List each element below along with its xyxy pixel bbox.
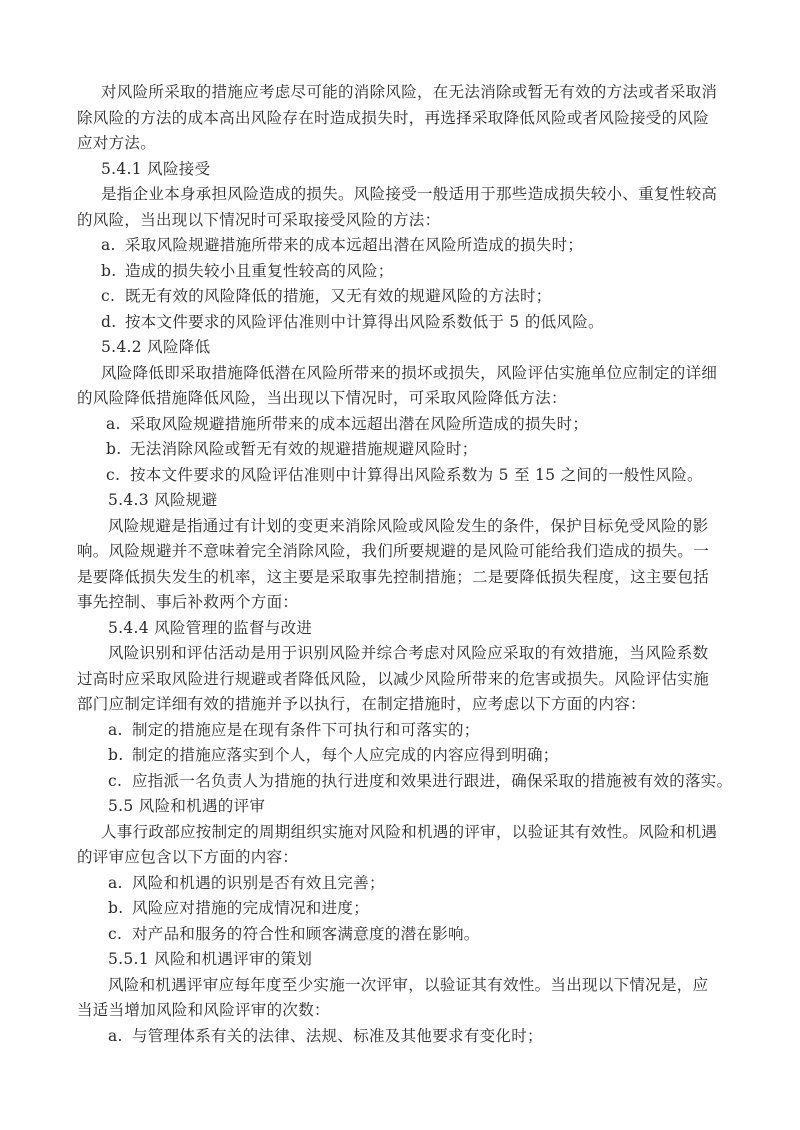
line-text: 既无有效的风险降低的措施，又无有效的规避风险的方法时； — [125, 287, 552, 305]
line-text: 风险降低即采取措施降低潜在风险所带来的损坏或损失，风险评估实施单位应制定的详细 — [101, 364, 717, 382]
line-text: 制定的措施应落实到个人，每个人应完成的内容应得到明确； — [132, 746, 559, 764]
list-item: a.风险和机遇的识别是否有效且完善； — [108, 873, 385, 893]
list-item-label: b. — [108, 745, 132, 765]
paragraph-line: 除风险的方法的成本高出风险存在时造成损失时，再选择采取降低风险或者风险接受的风险 — [77, 108, 709, 128]
line-text: 人事行政部应按制定的周期组织实施对风险和机遇的评审，以验证其有效性。风险和机遇 — [101, 823, 717, 841]
paragraph-line: 的风险，当出现以下情况时可采取接受风险的方法： — [77, 210, 440, 230]
paragraph-line: 风险和机遇评审应每年度至少实施一次评审，以验证其有效性。当出现以下情况是，应 — [108, 975, 708, 995]
list-item-label: c. — [108, 924, 132, 944]
list-item-label: c. — [106, 465, 130, 485]
line-text: 造成的损失较小且重复性较高的风险； — [125, 262, 394, 280]
paragraph-line: 事先控制、事后补救两个方面： — [77, 592, 298, 612]
line-text: 制定的措施应是在现有条件下可执行和可落实的； — [132, 721, 480, 739]
line-text: 风险和机遇的识别是否有效且完善； — [132, 874, 385, 892]
list-item-label: b. — [106, 439, 130, 459]
line-text: 5.4.2 风险降低 — [101, 338, 210, 356]
list-item: a.与管理体系有关的法律、法规、标准及其他要求有变化时； — [108, 1026, 543, 1046]
line-text: 风险识别和评估活动是用于识别风险并综合考虑对风险应采取的有效措施，当风险系数 — [108, 644, 708, 662]
paragraph-line: 风险规避是指通过有计划的变更来消除风险或风险发生的条件，保护目标免受风险的影 — [108, 516, 708, 536]
list-item-label: a. — [108, 873, 132, 893]
line-text: 对产品和服务的符合性和顾客满意度的潜在影响。 — [132, 925, 480, 943]
line-text: 的风险降低措施降低风险，当出现以下情况时，可采取风险降低方法： — [77, 389, 567, 407]
line-text: 5.4.4 风险管理的监督与改进 — [108, 619, 312, 637]
line-text: 的评审应包含以下方面的内容： — [77, 848, 298, 866]
list-item: c.对产品和服务的符合性和顾客满意度的潜在影响。 — [108, 924, 480, 944]
paragraph-line: 响。风险规避并不意味着完全消除风险，我们所要规避的是风险可能给我们造成的损失。一 — [77, 541, 709, 561]
line-text: 风险应对措施的完成情况和进度； — [132, 899, 369, 917]
list-item: b.无法消除风险或暂无有效的规避措施规避风险时； — [106, 439, 478, 459]
paragraph-line: 是要降低损失发生的机率，这主要是采取事先控制措施；二是要降低损失程度，这主要包括 — [77, 567, 709, 587]
line-text: 采取风险规避措施所带来的成本远超出潜在风险所造成的损失时； — [130, 415, 588, 433]
line-text: 的风险，当出现以下情况时可采取接受风险的方法： — [77, 211, 440, 229]
list-item-label: b. — [108, 898, 132, 918]
line-text: 按本文件要求的风险评估准则中计算得出风险系数低于 5 的低风险。 — [125, 313, 604, 331]
list-item-label: c. — [108, 771, 132, 791]
list-item: c.既无有效的风险降低的措施，又无有效的规避风险的方法时； — [101, 286, 552, 306]
paragraph-line: 风险降低即采取措施降低潜在风险所带来的损坏或损失，风险评估实施单位应制定的详细 — [101, 363, 717, 383]
list-item: b.造成的损失较小且重复性较高的风险； — [101, 261, 394, 281]
paragraph-line: 过高时应采取风险进行规避或者降低风险，以减少风险所带来的危害或损失。风险评估实施 — [77, 669, 709, 689]
line-text: 过高时应采取风险进行规避或者降低风险，以减少风险所带来的危害或损失。风险评估实施 — [77, 670, 709, 688]
line-text: 5.5.1 风险和机遇评审的策划 — [108, 950, 312, 968]
paragraph-line: 风险识别和评估活动是用于识别风险并综合考虑对风险应采取的有效措施，当风险系数 — [108, 643, 708, 663]
paragraph-line: 部门应制定详细有效的措施并予以执行，在制定措施时，应考虑以下方面的内容： — [77, 694, 646, 714]
line-text: 采取风险规避措施所带来的成本远超出潜在风险所造成的损失时； — [125, 236, 583, 254]
line-text: 事先控制、事后补救两个方面： — [77, 593, 298, 611]
line-text: 除风险的方法的成本高出风险存在时造成损失时，再选择采取降低风险或者风险接受的风险 — [77, 109, 709, 127]
line-text: 风险规避是指通过有计划的变更来消除风险或风险发生的条件，保护目标免受风险的影 — [108, 517, 708, 535]
line-text: 按本文件要求的风险评估准则中计算得出风险系数为 5 至 15 之间的一般性风险。 — [130, 466, 703, 484]
line-text: 是要降低损失发生的机率，这主要是采取事先控制措施；二是要降低损失程度，这主要包括 — [77, 568, 709, 586]
line-text: 应指派一名负责人为措施的执行进度和效果进行跟进，确保采取的措施被有效的落实。 — [132, 772, 732, 790]
line-text: 对风险所采取的措施应考虑尽可能的消除风险，在无法消除或暂无有效的方法或者采取消 — [101, 83, 717, 101]
section-heading: 5.4.1 风险接受 — [101, 159, 210, 179]
paragraph-line: 的风险降低措施降低风险，当出现以下情况时，可采取风险降低方法： — [77, 388, 567, 408]
list-item-label: a. — [108, 720, 132, 740]
line-text: 5.4.3 风险规避 — [108, 491, 217, 509]
list-item-label: a. — [101, 235, 125, 255]
list-item: d.按本文件要求的风险评估准则中计算得出风险系数低于 5 的低风险。 — [101, 312, 604, 332]
line-text: 部门应制定详细有效的措施并予以执行，在制定措施时，应考虑以下方面的内容： — [77, 695, 646, 713]
list-item: a.采取风险规避措施所带来的成本远超出潜在风险所造成的损失时； — [106, 414, 588, 434]
line-text: 响。风险规避并不意味着完全消除风险，我们所要规避的是风险可能给我们造成的损失。一 — [77, 542, 709, 560]
list-item-label: a. — [108, 1026, 132, 1046]
list-item: c.应指派一名负责人为措施的执行进度和效果进行跟进，确保采取的措施被有效的落实。 — [108, 771, 732, 791]
list-item-label: a. — [106, 414, 130, 434]
list-item: b.风险应对措施的完成情况和进度； — [108, 898, 369, 918]
list-item-label: c. — [101, 286, 125, 306]
list-item: c.按本文件要求的风险评估准则中计算得出风险系数为 5 至 15 之间的一般性风… — [106, 465, 703, 485]
section-heading: 5.5 风险和机遇的评审 — [108, 796, 265, 816]
line-text: 与管理体系有关的法律、法规、标准及其他要求有变化时； — [132, 1027, 543, 1045]
paragraph-line: 当适当增加风险和风险评审的次数： — [77, 1000, 330, 1020]
section-heading: 5.5.1 风险和机遇评审的策划 — [108, 949, 312, 969]
line-text: 是指企业本身承担风险造成的损失。风险接受一般适用于那些造成损失较小、重复性较高 — [101, 185, 717, 203]
line-text: 当适当增加风险和风险评审的次数： — [77, 1001, 330, 1019]
paragraph-line: 是指企业本身承担风险造成的损失。风险接受一般适用于那些造成损失较小、重复性较高 — [101, 184, 717, 204]
list-item-label: b. — [101, 261, 125, 281]
document-page: 对风险所采取的措施应考虑尽可能的消除风险，在无法消除或暂无有效的方法或者采取消除… — [0, 0, 800, 1130]
line-text: 5.5 风险和机遇的评审 — [108, 797, 265, 815]
line-text: 无法消除风险或暂无有效的规避措施规避风险时； — [130, 440, 478, 458]
paragraph-line: 人事行政部应按制定的周期组织实施对风险和机遇的评审，以验证其有效性。风险和机遇 — [101, 822, 717, 842]
line-text: 5.4.1 风险接受 — [101, 160, 210, 178]
list-item-label: d. — [101, 312, 125, 332]
section-heading: 5.4.4 风险管理的监督与改进 — [108, 618, 312, 638]
paragraph-line: 应对方法。 — [77, 133, 156, 153]
list-item: a.制定的措施应是在现有条件下可执行和可落实的； — [108, 720, 480, 740]
paragraph-line: 对风险所采取的措施应考虑尽可能的消除风险，在无法消除或暂无有效的方法或者采取消 — [101, 82, 717, 102]
paragraph-line: 的评审应包含以下方面的内容： — [77, 847, 298, 867]
list-item: a.采取风险规避措施所带来的成本远超出潜在风险所造成的损失时； — [101, 235, 583, 255]
section-heading: 5.4.2 风险降低 — [101, 337, 210, 357]
line-text: 应对方法。 — [77, 134, 156, 152]
section-heading: 5.4.3 风险规避 — [108, 490, 217, 510]
list-item: b.制定的措施应落实到个人，每个人应完成的内容应得到明确； — [108, 745, 559, 765]
line-text: 风险和机遇评审应每年度至少实施一次评审，以验证其有效性。当出现以下情况是，应 — [108, 976, 708, 994]
